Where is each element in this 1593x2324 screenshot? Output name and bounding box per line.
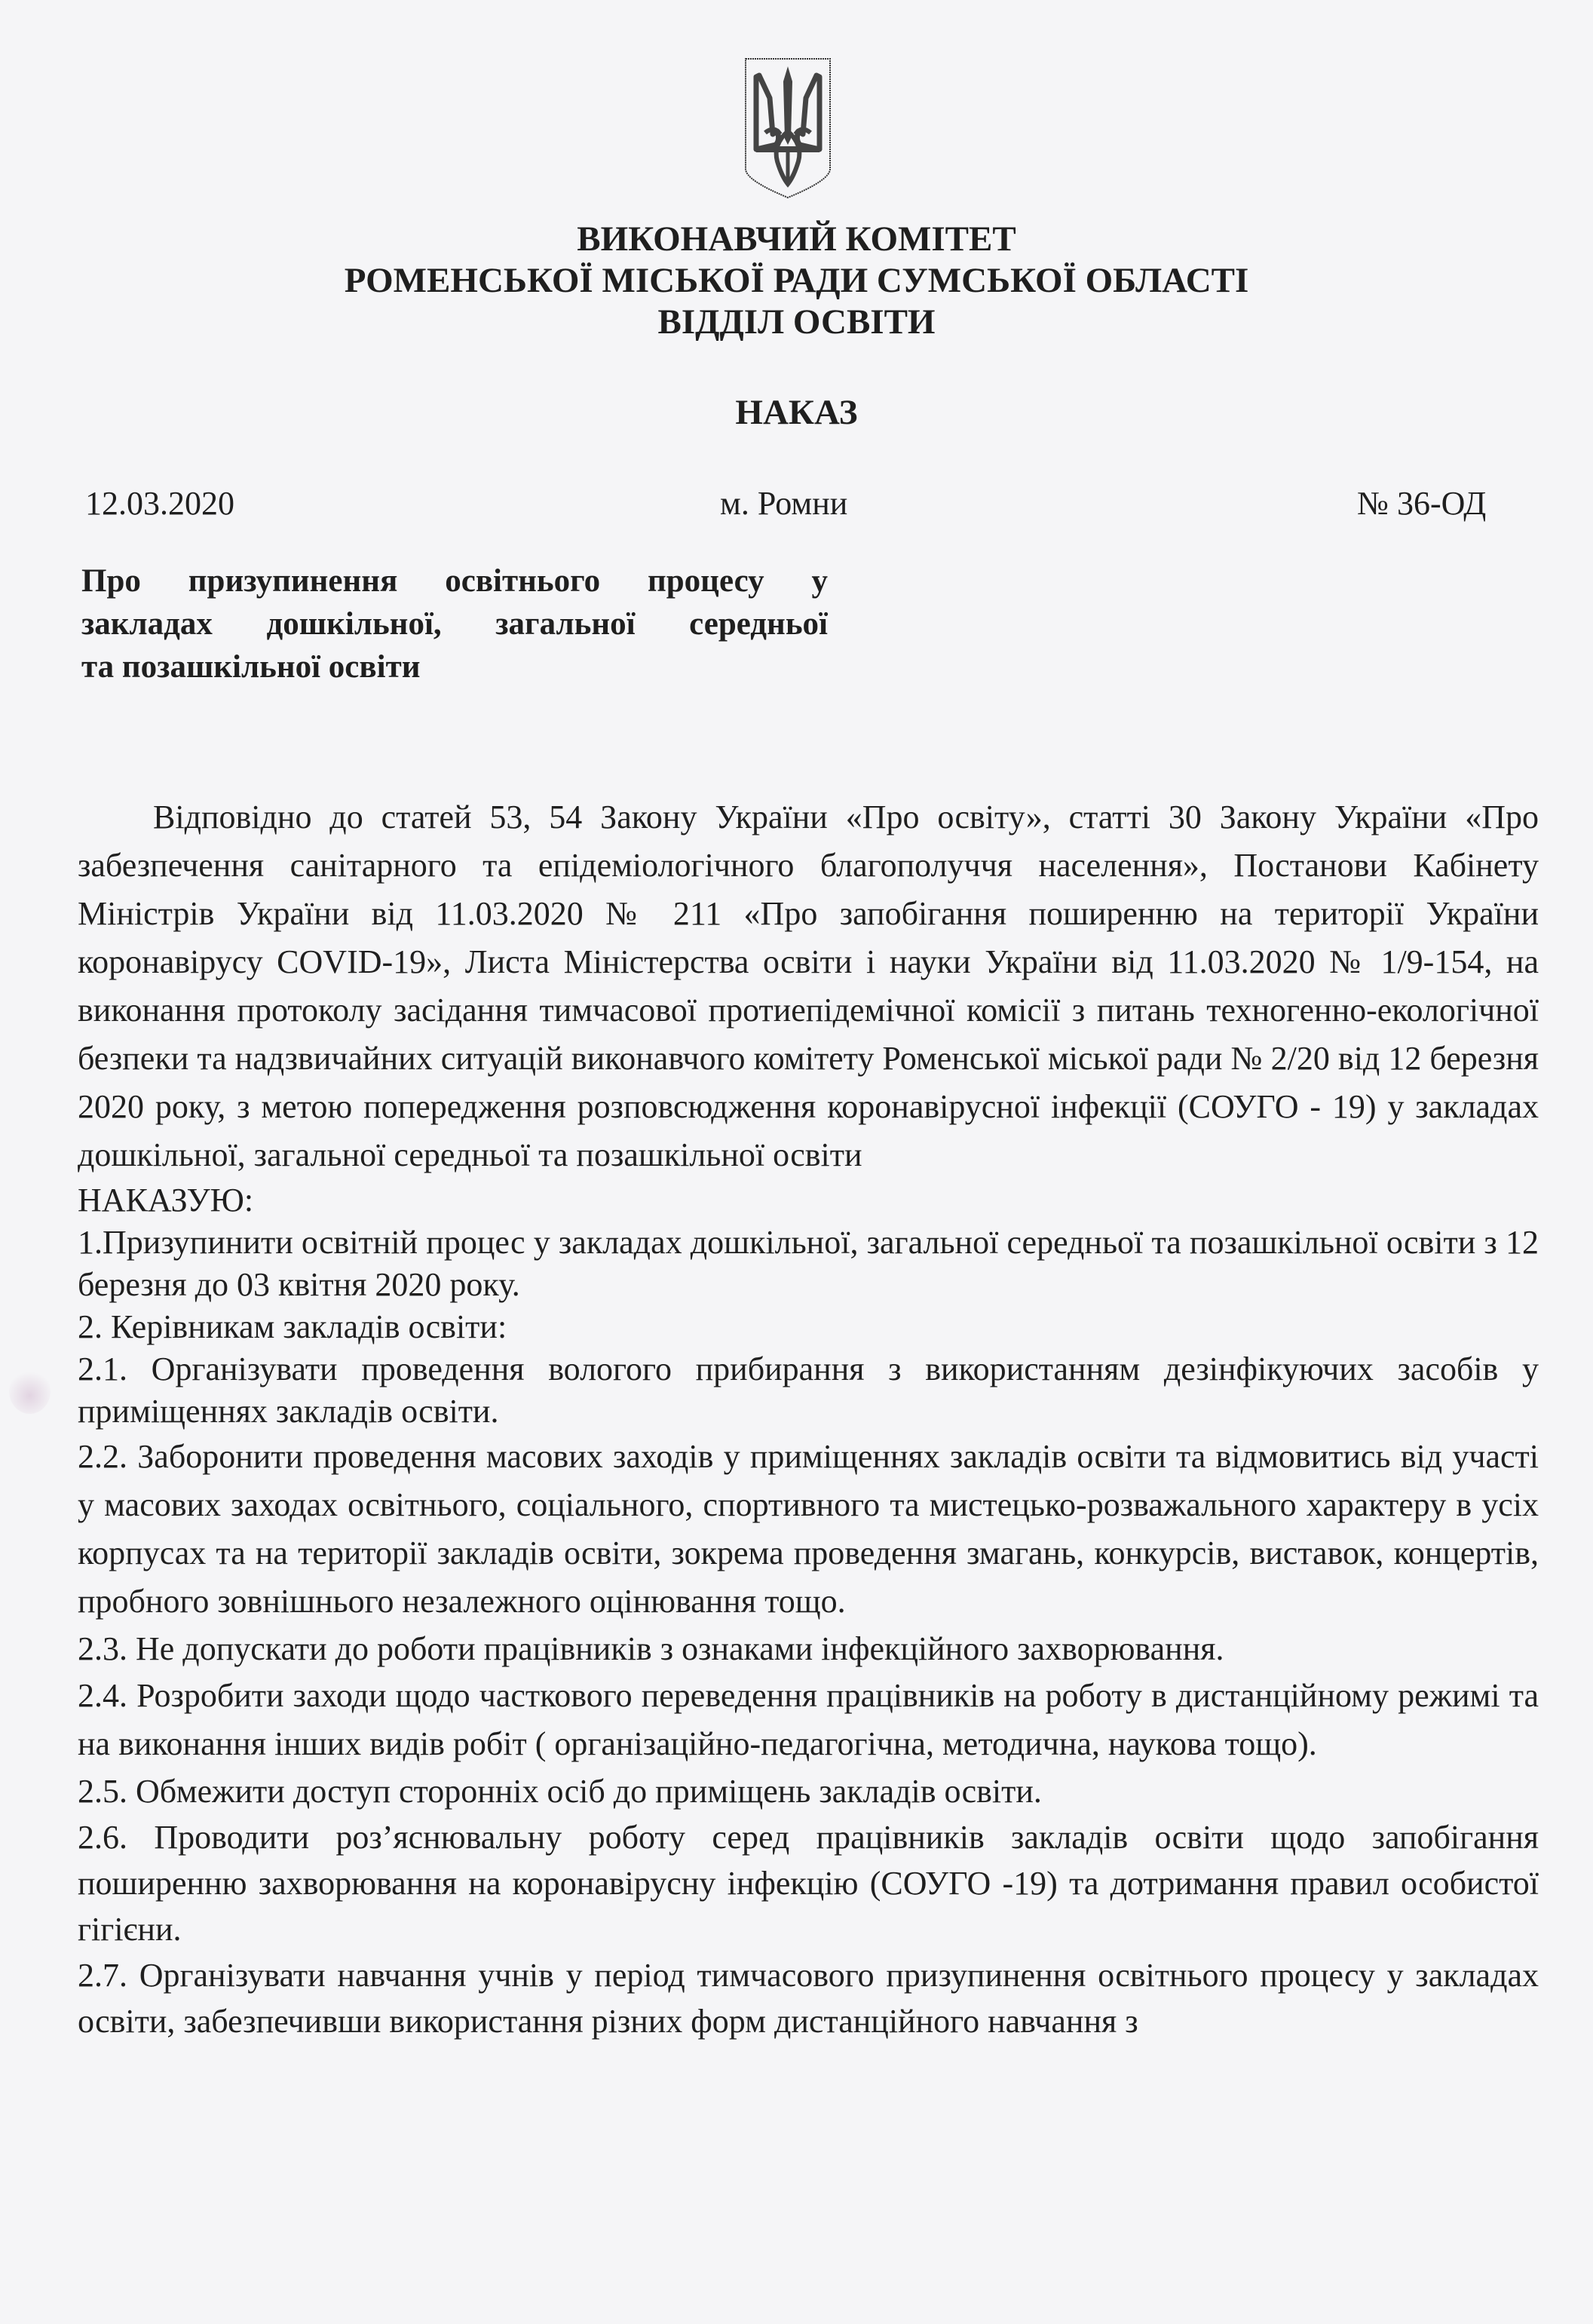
order-item-2-1: 2.1. Організувати проведення вологого пр… [78,1348,1539,1433]
order-subject-title: Про призупинення освітнього процесу у за… [81,560,828,688]
document-type-heading: НАКАЗ [0,392,1593,434]
order-word: НАКАЗУЮ: [78,1179,1539,1222]
order-item-2-7: 2.7. Організувати навчання учнів у періо… [78,1952,1539,2044]
document-city: м. Ромни [720,483,847,525]
order-body: Відповідно до статей 53, 54 Закону Украї… [78,793,1539,2044]
order-item-2-5: 2.5. Обмежити доступ сторонніх осіб до п… [78,1768,1539,1814]
title-line: закладах дошкільної, загальної середньої [81,602,828,645]
document-page: ВИКОНАВЧИЙ КОМІТЕТ РОМЕНСЬКОЇ МІСЬКОЇ РА… [0,0,1593,2324]
coat-of-arms-icon [743,56,833,201]
order-item-2-6: 2.6. Проводити роз’яснювальну роботу сер… [78,1814,1539,1952]
title-line: Про призупинення освітнього процесу у [81,560,828,602]
preamble-paragraph: Відповідно до статей 53, 54 Закону Украї… [78,793,1539,1179]
heading-line-council: РОМЕНСЬКОЇ МІСЬКОЇ РАДИ СУМСЬКОЇ ОБЛАСТІ [0,260,1593,302]
order-item-2: 2. Керівникам закладів освіти: [78,1306,1539,1348]
heading-line-committee: ВИКОНАВЧИЙ КОМІТЕТ [0,219,1593,260]
heading-line-department: ВІДДІЛ ОСВІТИ [0,302,1593,343]
date-place-number-line: 12.03.2020 м. Ромни № 36-ОД [0,483,1593,528]
ink-smudge-mark [9,1369,51,1414]
order-item-2-2: 2.2. Заборонити проведення масових заход… [78,1433,1539,1626]
order-item-2-4: 2.4. Розробити заходи щодо часткового пе… [78,1672,1539,1768]
order-item-2-3: 2.3. Не допускати до роботи працівників … [78,1626,1539,1672]
issuing-authority-heading: ВИКОНАВЧИЙ КОМІТЕТ РОМЕНСЬКОЇ МІСЬКОЇ РА… [0,219,1593,343]
title-line: та позашкільної освіти [81,645,828,688]
document-number: № 36-ОД [1357,483,1486,525]
document-date: 12.03.2020 [85,483,234,525]
order-item-1: 1.Призупинити освітній процес у закладах… [78,1222,1539,1306]
